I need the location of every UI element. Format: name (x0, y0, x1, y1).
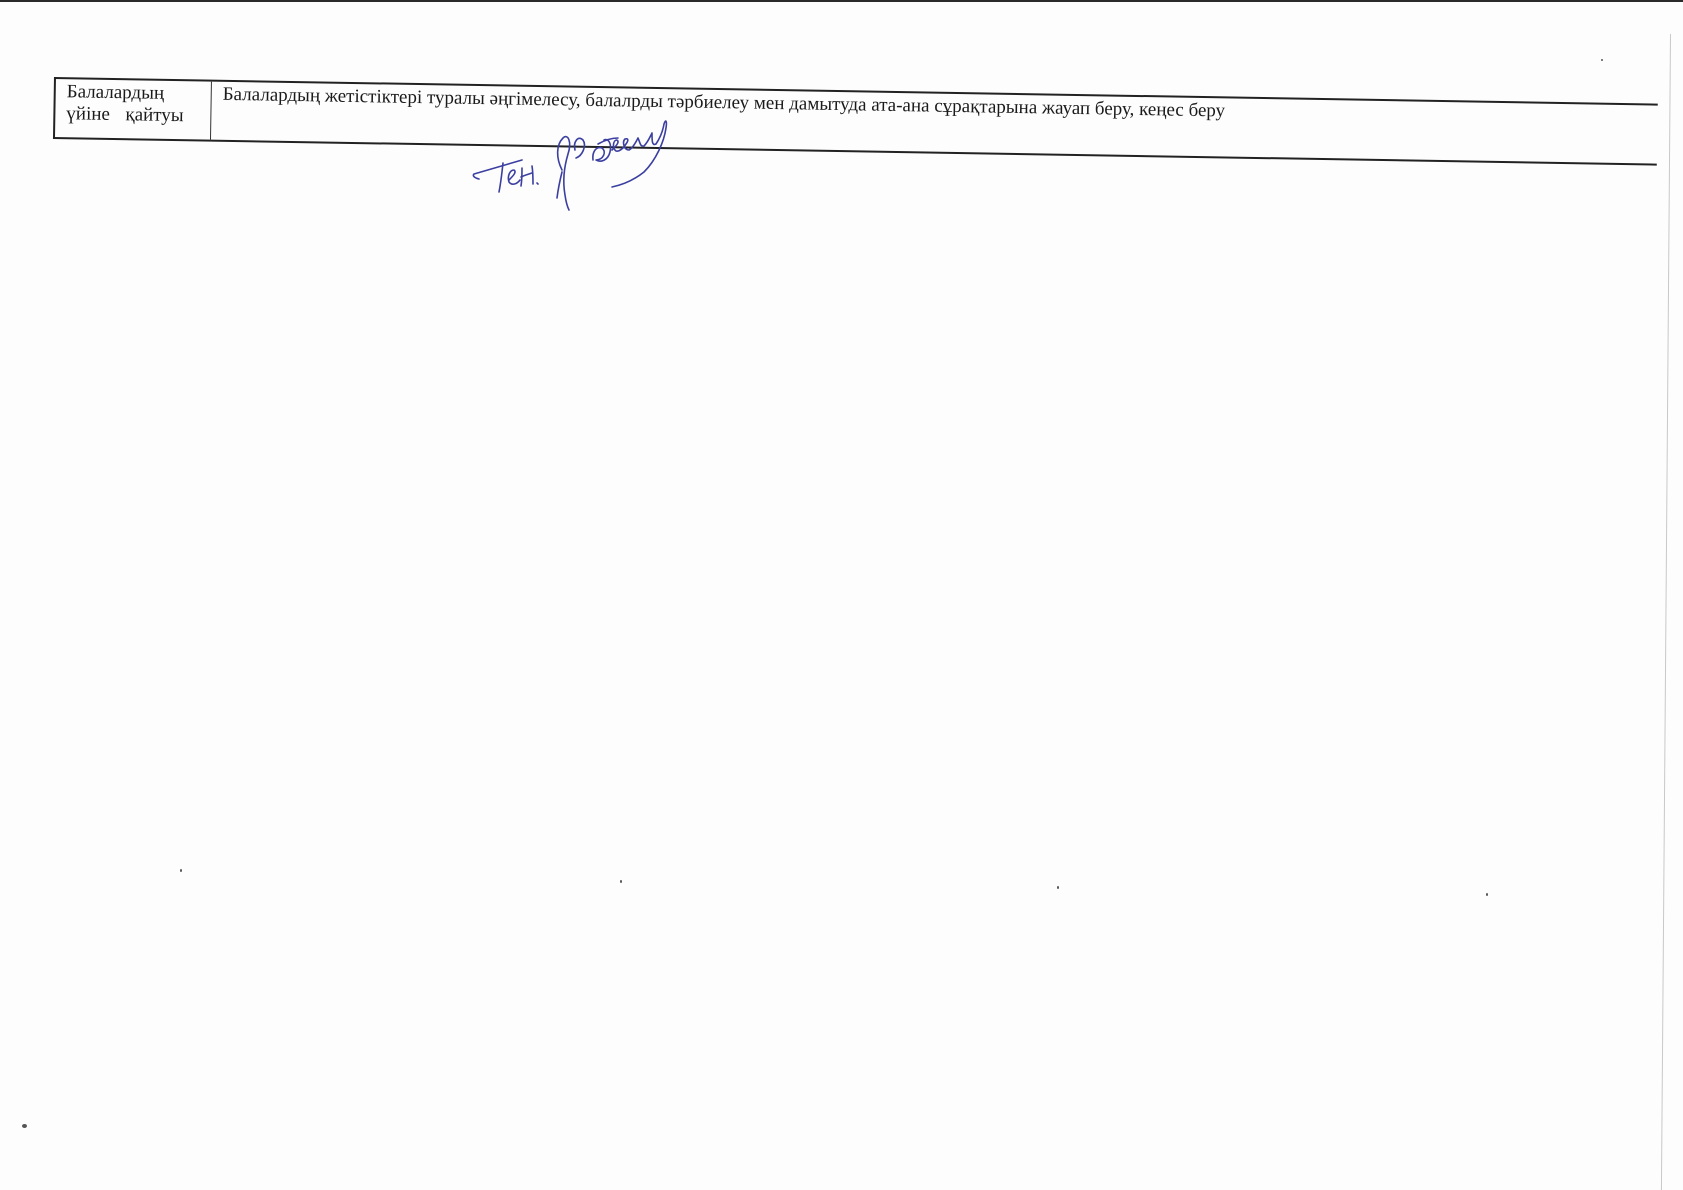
scan-speck (1057, 886, 1059, 889)
scan-speck (180, 869, 182, 872)
schedule-table: Балалардың үйіне қайтуы Балалардың жетіс… (53, 77, 1658, 166)
scan-right-edge (1661, 34, 1671, 1190)
scanned-page: Балалардың үйіне қайтуы Балалардың жетіс… (0, 0, 1683, 1190)
plan-table: Балалардың үйіне қайтуы Балалардың жетіс… (53, 77, 1658, 166)
scan-speck (620, 880, 622, 883)
table-row: Балалардың үйіне қайтуы Балалардың жетіс… (54, 78, 1658, 165)
scan-speck (1601, 59, 1603, 61)
row-label-line-2: үйіне қайтуы (66, 103, 200, 127)
row-label-cell: Балалардың үйіне қайтуы (54, 78, 211, 141)
scan-top-edge (0, 0, 1683, 2)
row-content-cell: Балалардың жетістіктері туралы әңгімелес… (210, 81, 1657, 165)
scan-speck (1486, 893, 1488, 896)
row-content-text: Балалардың жетістіктері туралы әңгімелес… (223, 84, 1226, 122)
handwritten-signature (0, 0, 1683, 1190)
row-label-line-1: Балалардың (67, 81, 201, 105)
scan-speck (22, 1124, 27, 1128)
